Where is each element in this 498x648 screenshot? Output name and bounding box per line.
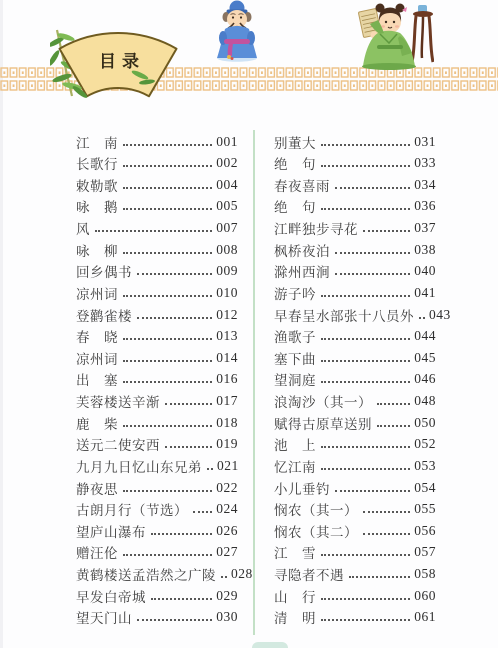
toc-entry-title: 望洞庭 (274, 369, 316, 389)
toc-entry-page-number: 030 (216, 609, 238, 625)
leader-dots (95, 224, 212, 232)
toc-entry-title: 咏 柳 (76, 240, 118, 260)
leader-dots (363, 224, 410, 232)
toc-entry-title: 回乡偶书 (76, 261, 132, 281)
toc-entry-page-number: 010 (216, 285, 238, 301)
toc-entry-title: 早春呈水部张十八员外 (274, 305, 414, 325)
toc-entry-title: 绝 句 (274, 196, 316, 216)
toc-entry-page-number: 052 (414, 436, 436, 452)
leader-dots (321, 548, 410, 556)
toc-entry: 春夜喜雨 034 (274, 177, 436, 192)
toc-entry-title: 凉州词 (76, 283, 118, 303)
toc-entry-page-number: 022 (216, 480, 238, 496)
toc-entry-page-number: 017 (216, 393, 238, 409)
toc-entry: 悯农（其二） 056 (274, 523, 436, 538)
toc-entry: 山 行 060 (274, 588, 436, 603)
toc-entry: 江 雪 057 (274, 545, 436, 560)
toc-entry-title: 风 (76, 218, 90, 238)
toc-entry: 长歌行 002 (76, 156, 238, 171)
toc-entry: 池 上 052 (274, 437, 436, 452)
toc-entry-title: 春夜喜雨 (274, 175, 330, 195)
leader-dots (349, 570, 410, 578)
toc-entry: 凉州词 014 (76, 350, 238, 365)
toc-entry-page-number: 034 (414, 177, 436, 193)
leader-dots (335, 181, 410, 189)
toc-entry-page-number: 045 (414, 350, 436, 366)
toc-entry: 早发白帝城 029 (76, 588, 238, 603)
leader-dots (221, 570, 227, 578)
toc-entry-title: 塞下曲 (274, 348, 316, 368)
leader-dots (321, 592, 410, 600)
leader-dots (137, 267, 212, 275)
leader-dots (165, 440, 212, 448)
leader-dots (321, 375, 410, 383)
toc-entry-title: 江 南 (76, 132, 118, 152)
toc-entry-title: 凉州词 (76, 348, 118, 368)
toc-entry: 悯农（其一） 055 (274, 502, 436, 517)
toc-entry: 风 007 (76, 221, 238, 236)
toc-entry-page-number: 008 (216, 242, 238, 258)
toc-entry-title: 咏 鹅 (76, 196, 118, 216)
toc-entry-title: 悯农（其一） (274, 499, 358, 519)
leader-dots (123, 375, 212, 383)
toc-entry-page-number: 048 (414, 393, 436, 409)
toc-entry-title: 滁州西涧 (274, 261, 330, 281)
toc-entry-page-number: 018 (216, 415, 238, 431)
toc-entry: 望洞庭 046 (274, 372, 436, 387)
leader-dots (321, 440, 410, 448)
toc-entry: 江畔独步寻花 037 (274, 221, 436, 236)
toc-entry-page-number: 027 (216, 544, 238, 560)
toc-entry-page-number: 024 (216, 501, 238, 517)
leader-dots (123, 332, 212, 340)
toc-entry-page-number: 007 (216, 220, 238, 236)
toc-entry-page-number: 028 (231, 566, 253, 582)
leader-dots (123, 138, 212, 146)
wooden-stand (412, 5, 433, 62)
toc-entry-title: 渔歌子 (274, 326, 316, 346)
toc-entry-title: 江 雪 (274, 542, 316, 562)
toc-entry-page-number: 041 (414, 285, 436, 301)
toc-entry-title: 古朗月行（节选） (76, 499, 188, 519)
leader-dots (321, 332, 410, 340)
toc-entry: 别董大 031 (274, 134, 436, 149)
page-edge-shading (0, 0, 3, 648)
toc-entry-title: 早发白帝城 (76, 586, 146, 606)
leader-dots (193, 505, 212, 513)
leader-dots (123, 289, 212, 297)
toc-entry: 回乡偶书 009 (76, 264, 238, 279)
toc-entry-title: 山 行 (274, 586, 316, 606)
toc-entry: 忆江南 053 (274, 458, 436, 473)
toc-entry-page-number: 009 (216, 263, 238, 279)
toc-entry-page-number: 037 (414, 220, 436, 236)
toc-entry: 浪淘沙（其一） 048 (274, 394, 436, 409)
toc-entry-title: 赋得古原草送别 (274, 413, 372, 433)
toc-entry-title: 长歌行 (76, 153, 118, 173)
page-title: 目录 (88, 47, 150, 72)
toc-entry-title: 悯农（其二） (274, 521, 358, 541)
toc-entry-page-number: 038 (414, 242, 436, 258)
toc-entry: 送元二使安西 019 (76, 437, 238, 452)
toc-entry: 静夜思 022 (76, 480, 238, 495)
toc-entry-page-number: 021 (217, 458, 239, 474)
toc-entry: 望庐山瀑布 026 (76, 523, 238, 538)
toc-entry-page-number: 031 (414, 134, 436, 150)
toc-entry: 绝 句 033 (274, 156, 436, 171)
toc-entry-title: 游子吟 (274, 283, 316, 303)
toc-page: 目录 江 南 001 长歌行 002 敕勒歌 004 咏 鹅 (0, 0, 498, 648)
toc-entry-page-number: 016 (216, 371, 238, 387)
toc-entry: 望天门山 030 (76, 610, 238, 625)
leader-dots (419, 311, 425, 319)
toc-column-right: 别董大 031 绝 句 033 春夜喜雨 034 绝 句 036 (274, 134, 436, 625)
toc-entry-title: 芙蓉楼送辛渐 (76, 391, 160, 411)
toc-entry-title: 望庐山瀑布 (76, 521, 146, 541)
toc-entry-page-number: 033 (414, 155, 436, 171)
toc-entry-page-number: 004 (216, 177, 238, 193)
toc-entry: 渔歌子 044 (274, 329, 436, 344)
toc-entry-page-number: 054 (414, 480, 436, 496)
leader-dots (321, 613, 410, 621)
bottom-page-tab (252, 642, 288, 648)
leader-dots (321, 202, 410, 210)
leader-dots (363, 505, 410, 513)
toc-entry: 出 塞 016 (76, 372, 238, 387)
toc-entry: 黄鹤楼送孟浩然之广陵 028 (76, 567, 238, 582)
toc-entry-page-number: 036 (414, 198, 436, 214)
leader-dots (377, 397, 410, 405)
toc-entry: 枫桥夜泊 038 (274, 242, 436, 257)
toc-entry-title: 敕勒歌 (76, 175, 118, 195)
toc-entry: 滁州西涧 040 (274, 264, 436, 279)
toc-entry-title: 出 塞 (76, 369, 118, 389)
leader-dots (335, 484, 410, 492)
leader-dots (137, 311, 212, 319)
leader-dots (377, 419, 410, 427)
toc-entry-page-number: 057 (414, 544, 436, 560)
toc-entry-title: 送元二使安西 (76, 434, 160, 454)
leader-dots (165, 397, 212, 405)
toc-entry: 春 晓 013 (76, 329, 238, 344)
leader-dots (335, 246, 410, 254)
toc-entry-title: 春 晓 (76, 326, 118, 346)
leader-dots (123, 484, 212, 492)
toc-entry: 芙蓉楼送辛渐 017 (76, 394, 238, 409)
toc-entry-page-number: 013 (216, 328, 238, 344)
toc-entry: 小儿垂钓 054 (274, 480, 436, 495)
toc-entry: 登鹳雀楼 012 (76, 307, 238, 322)
toc-entry: 江 南 001 (76, 134, 238, 149)
leader-dots (123, 181, 212, 189)
toc-entry: 咏 柳 008 (76, 242, 238, 257)
toc-entry: 鹿 柴 018 (76, 415, 238, 430)
leader-dots (335, 267, 410, 275)
leader-dots (207, 462, 213, 470)
toc-entry-title: 黄鹤楼送孟浩然之广陵 (76, 564, 216, 584)
leader-dots (321, 138, 410, 146)
toc-entry-title: 静夜思 (76, 478, 118, 498)
toc-entry-page-number: 050 (414, 415, 436, 431)
toc-entry-page-number: 002 (216, 155, 238, 171)
leader-dots (321, 462, 410, 470)
toc-entry: 凉州词 010 (76, 285, 238, 300)
blue-scholar-illustration (205, 0, 270, 66)
toc-entry-title: 望天门山 (76, 607, 132, 627)
leader-dots (363, 527, 410, 535)
toc-entry: 绝 句 036 (274, 199, 436, 214)
toc-entry-title: 江畔独步寻花 (274, 218, 358, 238)
leader-dots (123, 246, 212, 254)
toc-entry-title: 别董大 (274, 132, 316, 152)
toc-entry-page-number: 012 (216, 307, 238, 323)
green-scholar-illustration (332, 0, 434, 74)
toc-entry-page-number: 053 (414, 458, 436, 474)
leader-dots (137, 613, 212, 621)
toc-entry-page-number: 040 (414, 263, 436, 279)
toc-entry-page-number: 044 (414, 328, 436, 344)
leader-dots (151, 527, 212, 535)
toc-entry-title: 登鹳雀楼 (76, 305, 132, 325)
toc-entry-title: 忆江南 (274, 456, 316, 476)
leader-dots (123, 159, 212, 167)
toc-entry: 清 明 061 (274, 610, 436, 625)
toc-entry-title: 枫桥夜泊 (274, 240, 330, 260)
leader-dots (123, 548, 212, 556)
toc-entry-page-number: 019 (216, 436, 238, 452)
toc-entry: 九月九日忆山东兄弟 021 (76, 458, 238, 473)
toc-entry-page-number: 026 (216, 523, 238, 539)
toc-entry: 早春呈水部张十八员外 043 (274, 307, 436, 322)
toc-entry-page-number: 061 (414, 609, 436, 625)
leader-dots (151, 592, 212, 600)
toc-entry: 敕勒歌 004 (76, 177, 238, 192)
toc-entry: 古朗月行（节选） 024 (76, 502, 238, 517)
toc-entry: 塞下曲 045 (274, 350, 436, 365)
toc-entry-title: 小儿垂钓 (274, 478, 330, 498)
toc-entry: 游子吟 041 (274, 285, 436, 300)
toc-entry-title: 绝 句 (274, 153, 316, 173)
toc-entry-title: 清 明 (274, 607, 316, 627)
toc-entry-title: 浪淘沙（其一） (274, 391, 372, 411)
toc-entry-page-number: 043 (429, 307, 451, 323)
leader-dots (123, 202, 212, 210)
leader-dots (321, 289, 410, 297)
toc-entry-title: 鹿 柴 (76, 413, 118, 433)
toc-entry: 寻隐者不遇 058 (274, 567, 436, 582)
leader-dots (123, 419, 212, 427)
toc-entry-title: 池 上 (274, 434, 316, 454)
toc-entry: 赠汪伦 027 (76, 545, 238, 560)
toc-entry-page-number: 060 (414, 588, 436, 604)
toc-entry: 咏 鹅 005 (76, 199, 238, 214)
toc-entry-page-number: 005 (216, 198, 238, 214)
toc-entry-page-number: 046 (414, 371, 436, 387)
toc-entry-page-number: 001 (216, 134, 238, 150)
toc-entry: 赋得古原草送别 050 (274, 415, 436, 430)
toc-entry-title: 寻隐者不遇 (274, 564, 344, 584)
leader-dots (321, 159, 410, 167)
leader-dots (321, 354, 410, 362)
toc-entry-page-number: 056 (414, 523, 436, 539)
leader-dots (123, 354, 212, 362)
toc-column-left: 江 南 001 长歌行 002 敕勒歌 004 咏 鹅 005 (76, 134, 238, 625)
toc-entry-title: 九月九日忆山东兄弟 (76, 456, 202, 476)
toc-entry-page-number: 058 (414, 566, 436, 582)
toc-entry-page-number: 014 (216, 350, 238, 366)
toc-entry-title: 赠汪伦 (76, 542, 118, 562)
toc-entry-page-number: 055 (414, 501, 436, 517)
column-divider (253, 130, 255, 635)
toc-entry-page-number: 029 (216, 588, 238, 604)
